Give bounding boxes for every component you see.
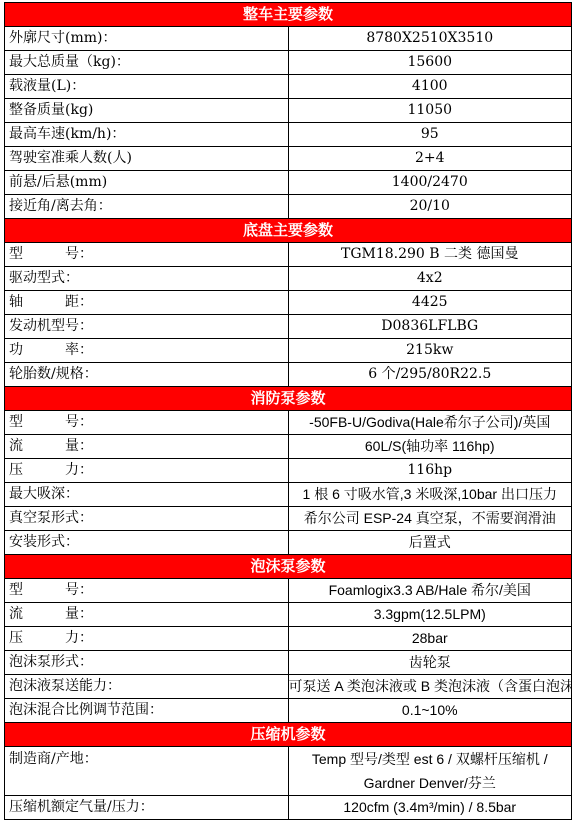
row-label: 整备质量(kg) [5, 99, 289, 123]
row-value: 齿轮泵 [288, 651, 572, 675]
label-part: 型 [9, 243, 65, 266]
label-part: 量： [65, 438, 93, 454]
table-row: 制造商/产地： Temp 型号/类型 est 6 / 双螺杆压缩机 / Gard… [5, 747, 572, 796]
row-label: 压力： [5, 459, 289, 483]
table-row: 泡沫混合比例调节范围： 0.1~10% [5, 699, 572, 723]
row-label: 最大总质量（kg)： [5, 51, 289, 75]
row-value: 116hp [288, 459, 572, 483]
table-row: 外廓尺寸(mm)： 8780X2510X3510 [5, 27, 572, 51]
label-part: 号： [65, 246, 93, 262]
row-value: TGM18.290 B 二类 德国曼 [288, 243, 572, 267]
row-label: 最高车速(km/h)： [5, 123, 289, 147]
table-row: 载液量(L)： 4100 [5, 75, 572, 99]
row-value: 215kw [288, 339, 572, 363]
section-title: 底盘主要参数 [5, 219, 572, 243]
label-part: 力： [65, 630, 93, 646]
row-value: 后置式 [288, 531, 572, 555]
table-row: 最高车速(km/h)： 95 [5, 123, 572, 147]
label-part: 型 [9, 579, 65, 602]
row-label: 型号： [5, 243, 289, 267]
row-label: 真空泵形式： [5, 507, 289, 531]
label-part: 功 [9, 339, 65, 362]
label-part: 量： [65, 606, 93, 622]
label-part: 力： [65, 462, 93, 478]
row-value: -50FB-U/Godiva(Hale希尔子公司)/英国 [288, 411, 572, 435]
row-label: 型号： [5, 411, 289, 435]
row-value: 120cfm (3.4m³/min) / 8.5bar [288, 796, 572, 820]
table-row: 功率： 215kw [5, 339, 572, 363]
table-row: 轴距： 4425 [5, 291, 572, 315]
table-row: 泡沫液泵送能力： 可泵送 A 类泡沫液或 B 类泡沫液（含蛋白泡沫液 [5, 675, 572, 699]
section-header-vehicle: 整车主要参数 [5, 3, 572, 27]
label-part: 压 [9, 459, 65, 482]
table-row: 型号： -50FB-U/Godiva(Hale希尔子公司)/英国 [5, 411, 572, 435]
row-label: 轮胎数/规格： [5, 363, 289, 387]
row-label: 外廓尺寸(mm)： [5, 27, 289, 51]
row-label: 制造商/产地： [5, 747, 289, 796]
table-row: 前悬/后悬(mm) 1400/2470 [5, 171, 572, 195]
table-row: 驾驶室准乘人数(人) 2+4 [5, 147, 572, 171]
table-row: 压力： 28bar [5, 627, 572, 651]
section-title: 整车主要参数 [5, 3, 572, 27]
row-label: 发动机型号： [5, 315, 289, 339]
row-label: 泡沫液泵送能力： [5, 675, 289, 699]
label-part: 轴 [9, 291, 65, 314]
label-part: 型 [9, 411, 65, 434]
row-value: 0.1~10% [288, 699, 572, 723]
label-part: 流 [9, 603, 65, 626]
row-label: 压力： [5, 627, 289, 651]
row-label: 泡沫混合比例调节范围： [5, 699, 289, 723]
row-label: 型号： [5, 579, 289, 603]
row-value: 60L/S(轴功率 116hp) [288, 435, 572, 459]
table-row: 型号： Foamlogix3.3 AB/Hale 希尔/美国 [5, 579, 572, 603]
row-label: 流量： [5, 603, 289, 627]
label-part: 流 [9, 435, 65, 458]
table-row: 驱动型式： 4x2 [5, 267, 572, 291]
row-value: 11050 [288, 99, 572, 123]
row-value: D0836LFLBG [288, 315, 572, 339]
row-label: 流量： [5, 435, 289, 459]
row-value: 15600 [288, 51, 572, 75]
spec-table: 整车主要参数 外廓尺寸(mm)： 8780X2510X3510 最大总质量（kg… [4, 2, 572, 820]
row-label: 轴距： [5, 291, 289, 315]
label-part: 号： [65, 582, 93, 598]
section-header-chassis: 底盘主要参数 [5, 219, 572, 243]
row-label: 压缩机额定气量/压力： [5, 796, 289, 820]
row-value: 3.3gpm(12.5LPM) [288, 603, 572, 627]
section-header-fire-pump: 消防泵参数 [5, 387, 572, 411]
row-value: 28bar [288, 627, 572, 651]
row-value: 4100 [288, 75, 572, 99]
row-value: Temp 型号/类型 est 6 / 双螺杆压缩机 / Gardner Denv… [288, 747, 572, 796]
table-row: 流量： 60L/S(轴功率 116hp) [5, 435, 572, 459]
row-label: 前悬/后悬(mm) [5, 171, 289, 195]
table-row: 轮胎数/规格： 6 个/295/80R22.5 [5, 363, 572, 387]
table-row: 压力： 116hp [5, 459, 572, 483]
row-label: 安装形式： [5, 531, 289, 555]
table-row: 真空泵形式： 希尔公司 ESP-24 真空泵，不需要润滑油 [5, 507, 572, 531]
table-row: 整备质量(kg) 11050 [5, 99, 572, 123]
row-value: 4x2 [288, 267, 572, 291]
table-row: 最大总质量（kg)： 15600 [5, 51, 572, 75]
section-title: 压缩机参数 [5, 723, 572, 747]
section-header-compressor: 压缩机参数 [5, 723, 572, 747]
row-value: 希尔公司 ESP-24 真空泵，不需要润滑油 [288, 507, 572, 531]
row-value: 20/10 [288, 195, 572, 219]
row-label: 载液量(L)： [5, 75, 289, 99]
row-value: 2+4 [288, 147, 572, 171]
table-row: 型号： TGM18.290 B 二类 德国曼 [5, 243, 572, 267]
row-label: 驱动型式： [5, 267, 289, 291]
row-label: 驾驶室准乘人数(人) [5, 147, 289, 171]
table-row: 泡沫泵形式： 齿轮泵 [5, 651, 572, 675]
table-row: 安装形式： 后置式 [5, 531, 572, 555]
label-part: 距： [65, 294, 93, 310]
row-label: 功率： [5, 339, 289, 363]
row-value: 6 个/295/80R22.5 [288, 363, 572, 387]
section-header-foam-pump: 泡沫泵参数 [5, 555, 572, 579]
table-row: 接近角/离去角： 20/10 [5, 195, 572, 219]
table-row: 压缩机额定气量/压力： 120cfm (3.4m³/min) / 8.5bar [5, 796, 572, 820]
label-part: 率： [65, 342, 93, 358]
section-title: 消防泵参数 [5, 387, 572, 411]
row-label: 泡沫泵形式： [5, 651, 289, 675]
row-value: 1400/2470 [288, 171, 572, 195]
table-row: 发动机型号： D0836LFLBG [5, 315, 572, 339]
section-title: 泡沫泵参数 [5, 555, 572, 579]
row-label: 最大吸深： [5, 483, 289, 507]
label-part: 压 [9, 627, 65, 650]
row-label: 接近角/离去角： [5, 195, 289, 219]
row-value: 8780X2510X3510 [288, 27, 572, 51]
row-value: 95 [288, 123, 572, 147]
row-value: 可泵送 A 类泡沫液或 B 类泡沫液（含蛋白泡沫液 [288, 675, 572, 699]
row-value: Foamlogix3.3 AB/Hale 希尔/美国 [288, 579, 572, 603]
table-row: 最大吸深： 1 根 6 寸吸水管,3 米吸深,10bar 出口压力 [5, 483, 572, 507]
label-part: 号： [65, 414, 93, 430]
row-value: 4425 [288, 291, 572, 315]
table-row: 流量： 3.3gpm(12.5LPM) [5, 603, 572, 627]
row-value: 1 根 6 寸吸水管,3 米吸深,10bar 出口压力 [288, 483, 572, 507]
